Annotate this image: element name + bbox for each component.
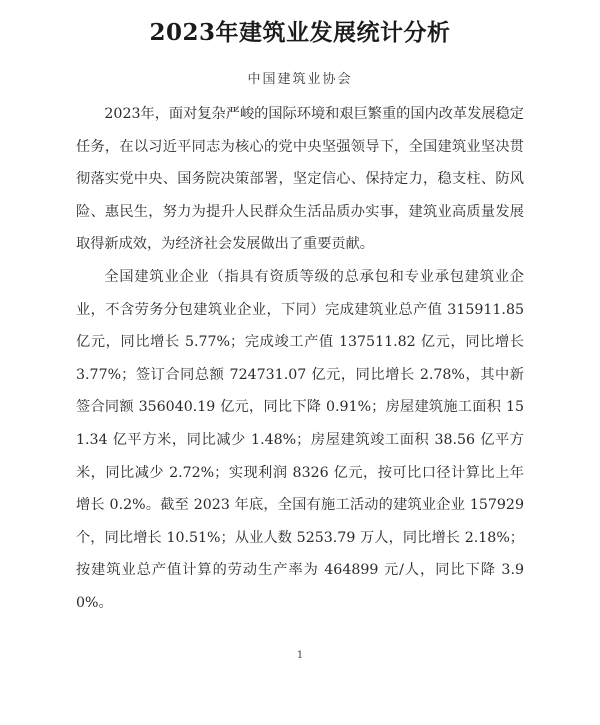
document-author: 中国建筑业协会 [0, 68, 600, 87]
paragraph-statistics: 全国建筑业企业（指具有资质等级的总承包和专业承包建筑业企业，不含劳务分包建筑业企… [76, 261, 524, 620]
document-title: 2023年建筑业发展统计分析 [0, 14, 600, 47]
page-number: 1 [0, 650, 600, 661]
document-page: 2023年建筑业发展统计分析 中国建筑业协会 2023年，面对复杂严峻的国际环境… [0, 0, 600, 725]
paragraph-intro: 2023年，面对复杂严峻的国际环境和艰巨繁重的国内改革发展稳定任务，在以习近平同… [76, 98, 524, 261]
document-body: 2023年，面对复杂严峻的国际环境和艰巨繁重的国内改革发展稳定任务，在以习近平同… [76, 98, 524, 620]
